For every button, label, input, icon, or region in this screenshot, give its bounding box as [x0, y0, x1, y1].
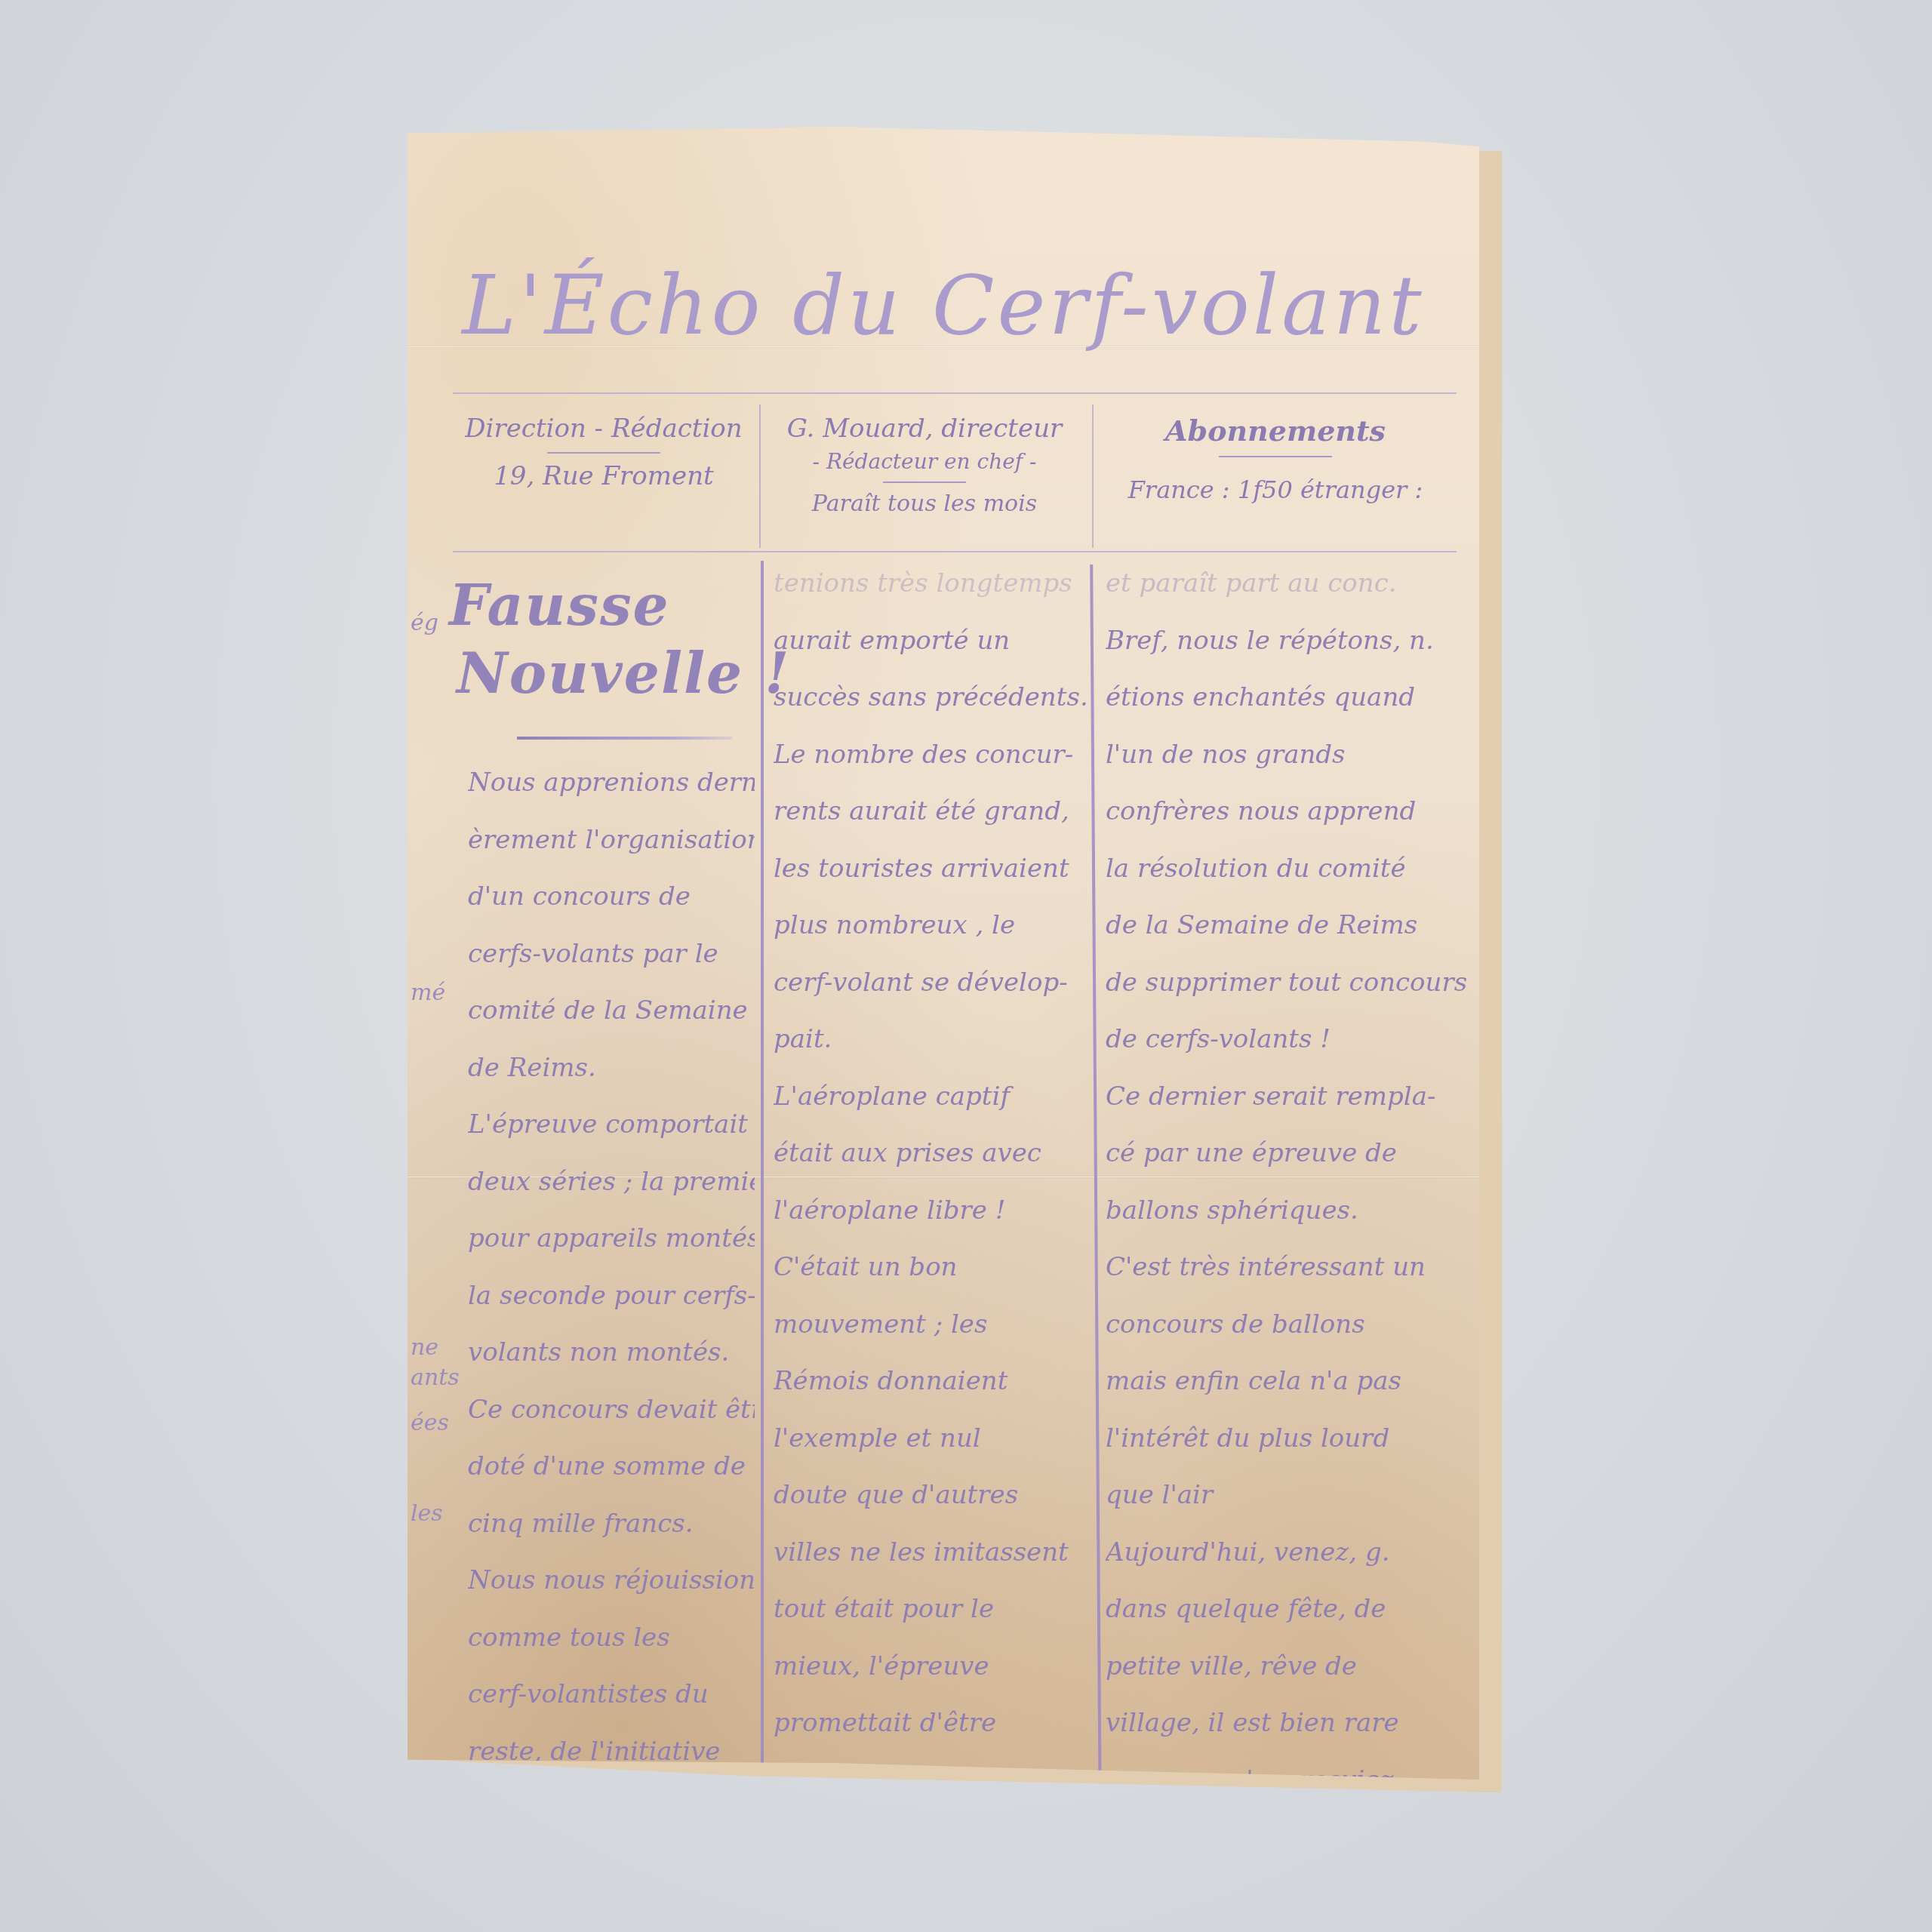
column-line: pait.: [774, 1011, 1087, 1069]
column-line: deux séries ; la première: [468, 1154, 755, 1211]
column-line: mouvement ; les: [774, 1297, 1087, 1354]
header-frequency: Paraît tous les mois: [762, 491, 1087, 518]
column-line: èrement l'organisation: [468, 812, 755, 869]
column-line: comme tous les: [468, 1610, 755, 1667]
column-line: succès sans précédents.: [774, 669, 1087, 727]
column-line: de Reims.: [468, 1040, 755, 1097]
header-rule: [453, 551, 1457, 552]
header-divider-vertical: [759, 405, 761, 548]
column-line: de la Champagne !: [468, 1780, 755, 1838]
article-title-line-2: Nouvelle !: [449, 640, 790, 708]
header-divider: [547, 452, 660, 454]
column-line: l'aéroplane libre !: [774, 1183, 1087, 1240]
column-line: Bref, nous le répétons, n.: [1106, 613, 1468, 670]
column-line: ballons sphériques.: [1106, 1183, 1468, 1240]
column-line: les touristes arrivaient: [774, 841, 1087, 898]
column-line: était aux prises avec: [774, 1125, 1087, 1183]
header-editor: G. Mouard, directeur - Rédacteur en chef…: [762, 414, 1087, 518]
column-line: pour appareils montés,: [468, 1211, 755, 1268]
column-line: Aujourd'hui, venez, g.: [1106, 1524, 1468, 1582]
margin-fragment: ne: [411, 1334, 438, 1361]
header-direction-label: Direction - Rédaction: [449, 414, 758, 445]
column-line: Ce dernier serait rempla-: [1106, 1069, 1468, 1126]
column-line: de la Semaine de Reims: [1106, 897, 1468, 955]
column-line: doté d'une somme de: [468, 1438, 755, 1496]
column-line: d'un concours de: [468, 869, 755, 926]
column-line: cé par une épreuve de: [1106, 1125, 1468, 1183]
header-divider: [1219, 456, 1332, 457]
column-line: mais enfin cela n'a pas: [1106, 1353, 1468, 1411]
column-line: concours de ballons: [1106, 1297, 1468, 1354]
column-rule-2: [1090, 565, 1102, 1817]
column-line: cerf-volant se dévelop-: [774, 955, 1087, 1012]
column-line: Nous apprenions derni-: [468, 755, 755, 812]
margin-fragment: ég: [411, 610, 438, 636]
column-line: confrères nous apprend: [1106, 783, 1468, 841]
column-line: que l'air: [1106, 1467, 1468, 1524]
column-line: tenions très longtemps: [774, 555, 1087, 613]
column-line: cerfs-volants par le: [468, 926, 755, 983]
column-line: village, il est bien rare: [1106, 1695, 1468, 1752]
column-line: mieux, l'épreuve: [774, 1638, 1087, 1696]
column-line: petite ville, rêve de: [1106, 1638, 1468, 1696]
title-underline: [517, 737, 732, 740]
column-line: partait pour Reims: [774, 1866, 1087, 1924]
column-line: comité de la Semaine: [468, 983, 755, 1040]
column-line: L'épreuve comportait: [468, 1097, 755, 1154]
header-divider-vertical: [1092, 405, 1094, 548]
column-line: cerf-volantistes du: [468, 1666, 755, 1724]
masthead-title: L'Écho du Cerf-volant: [408, 259, 1479, 353]
column-line: villes ne les imitassent: [774, 1524, 1087, 1582]
header-address: Direction - Rédaction 19, Rue Froment: [449, 414, 758, 492]
column-line: de supprimer tout concours: [1106, 955, 1468, 1012]
article-column-3: et paraît part au conc. Bref, nous le ré…: [1106, 555, 1468, 1923]
column-line: dans quelque fête, de: [1106, 1581, 1468, 1638]
column-line: Nous nous réjouissions,: [468, 1552, 755, 1610]
header-subscription-prices: France : 1f50 étranger :: [1094, 475, 1457, 504]
column-line: Le nombre des concur-: [774, 727, 1087, 784]
column-line: volants non montés.: [468, 1324, 755, 1382]
header-subscriptions: Abonnements France : 1f50 étranger :: [1094, 414, 1457, 504]
column-line: C'était un bon: [774, 1239, 1087, 1297]
margin-fragment: ants: [411, 1364, 460, 1391]
column-line: promettait d'être: [774, 1695, 1087, 1752]
column-line: tout était pour le: [774, 1581, 1087, 1638]
column-line: cinq mille francs.: [468, 1496, 755, 1553]
header-subscriptions-title: Abonnements: [1094, 414, 1457, 448]
header-address-line: 19, Rue Froment: [449, 461, 758, 492]
column-line: l'un de nos grands: [1106, 727, 1468, 784]
column-line: un sphérique au pro-: [1106, 1809, 1468, 1866]
masthead-rule: [453, 392, 1457, 394]
column-line: aurait emporté un: [774, 613, 1087, 670]
margin-fragment: ées: [411, 1410, 449, 1436]
column-line: de cerfs-volants !: [1106, 1011, 1468, 1069]
column-line: et paraît part au conc.: [1106, 555, 1468, 613]
column-line: Rémois donnaient: [774, 1353, 1087, 1411]
column-line: étions enchantés quand: [1106, 669, 1468, 727]
column-rule-1: [761, 561, 764, 1836]
newsletter-page: L'Écho du Cerf-volant Direction - Rédact…: [408, 127, 1479, 1780]
column-line: la seconde pour cerfs-: [468, 1268, 755, 1325]
column-line: la résolution du comité: [1106, 841, 1468, 898]
column-line: plus nombreux , le: [774, 897, 1087, 955]
column-line: L'aéroplane captif: [774, 1069, 1087, 1126]
header-director-name: G. Mouard, directeur: [762, 414, 1087, 445]
column-line: l'exemple et nul: [774, 1411, 1087, 1468]
column-line: « L'Écho du Cerf-Volant »: [774, 1809, 1087, 1866]
column-line: doute que d'autres: [774, 1467, 1087, 1524]
margin-fragment: les: [411, 1500, 443, 1527]
header-editor-title: - Rédacteur en chef -: [762, 449, 1087, 475]
article-column-1: Nous apprenions derni- èrement l'organis…: [468, 755, 755, 1894]
column-line: C'est très intéressant un: [1106, 1239, 1468, 1297]
article-title: Fausse Nouvelle !: [449, 572, 790, 708]
article-column-2: tenions très longtemps aurait emporté un…: [774, 555, 1087, 1923]
article-title-line-1: Fausse: [449, 572, 790, 640]
column-line: Ce concours devait être: [468, 1382, 755, 1439]
column-line: Ce concours, nous en: [468, 1838, 755, 1895]
column-line: rents aurait été grand,: [774, 783, 1087, 841]
header-divider: [883, 481, 966, 483]
margin-fragment: mé: [411, 980, 445, 1006]
column-line: l'intérêt du plus lourd: [1106, 1411, 1468, 1468]
column-line: rata des réjouissances: [1106, 1866, 1468, 1924]
